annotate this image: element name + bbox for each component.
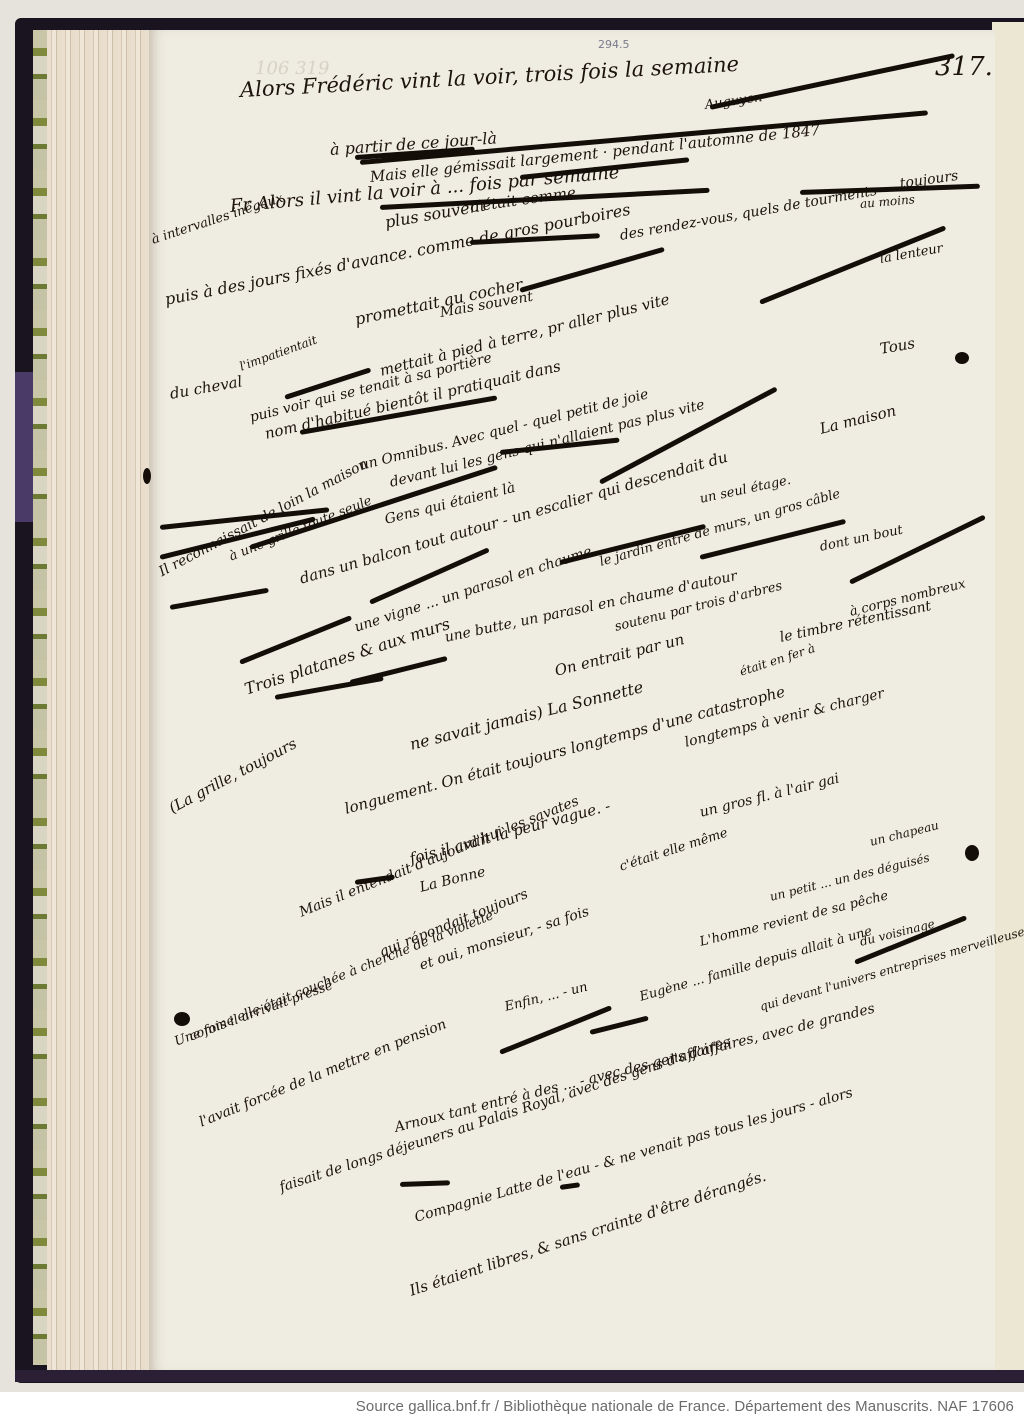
ink-blot [965,845,979,861]
pencil-annotation: 294.5 [598,38,630,51]
ink-blot [955,352,969,364]
next-page-edge [992,22,1024,1382]
ink-blot [143,468,151,484]
ink-blot [174,1012,190,1026]
cover-bottom-edge [15,1370,1024,1382]
source-credit: Source gallica.bnf.fr / Bibliothèque nat… [356,1398,1014,1415]
page-edges [47,30,149,1370]
cover-spine-accent [15,372,35,522]
